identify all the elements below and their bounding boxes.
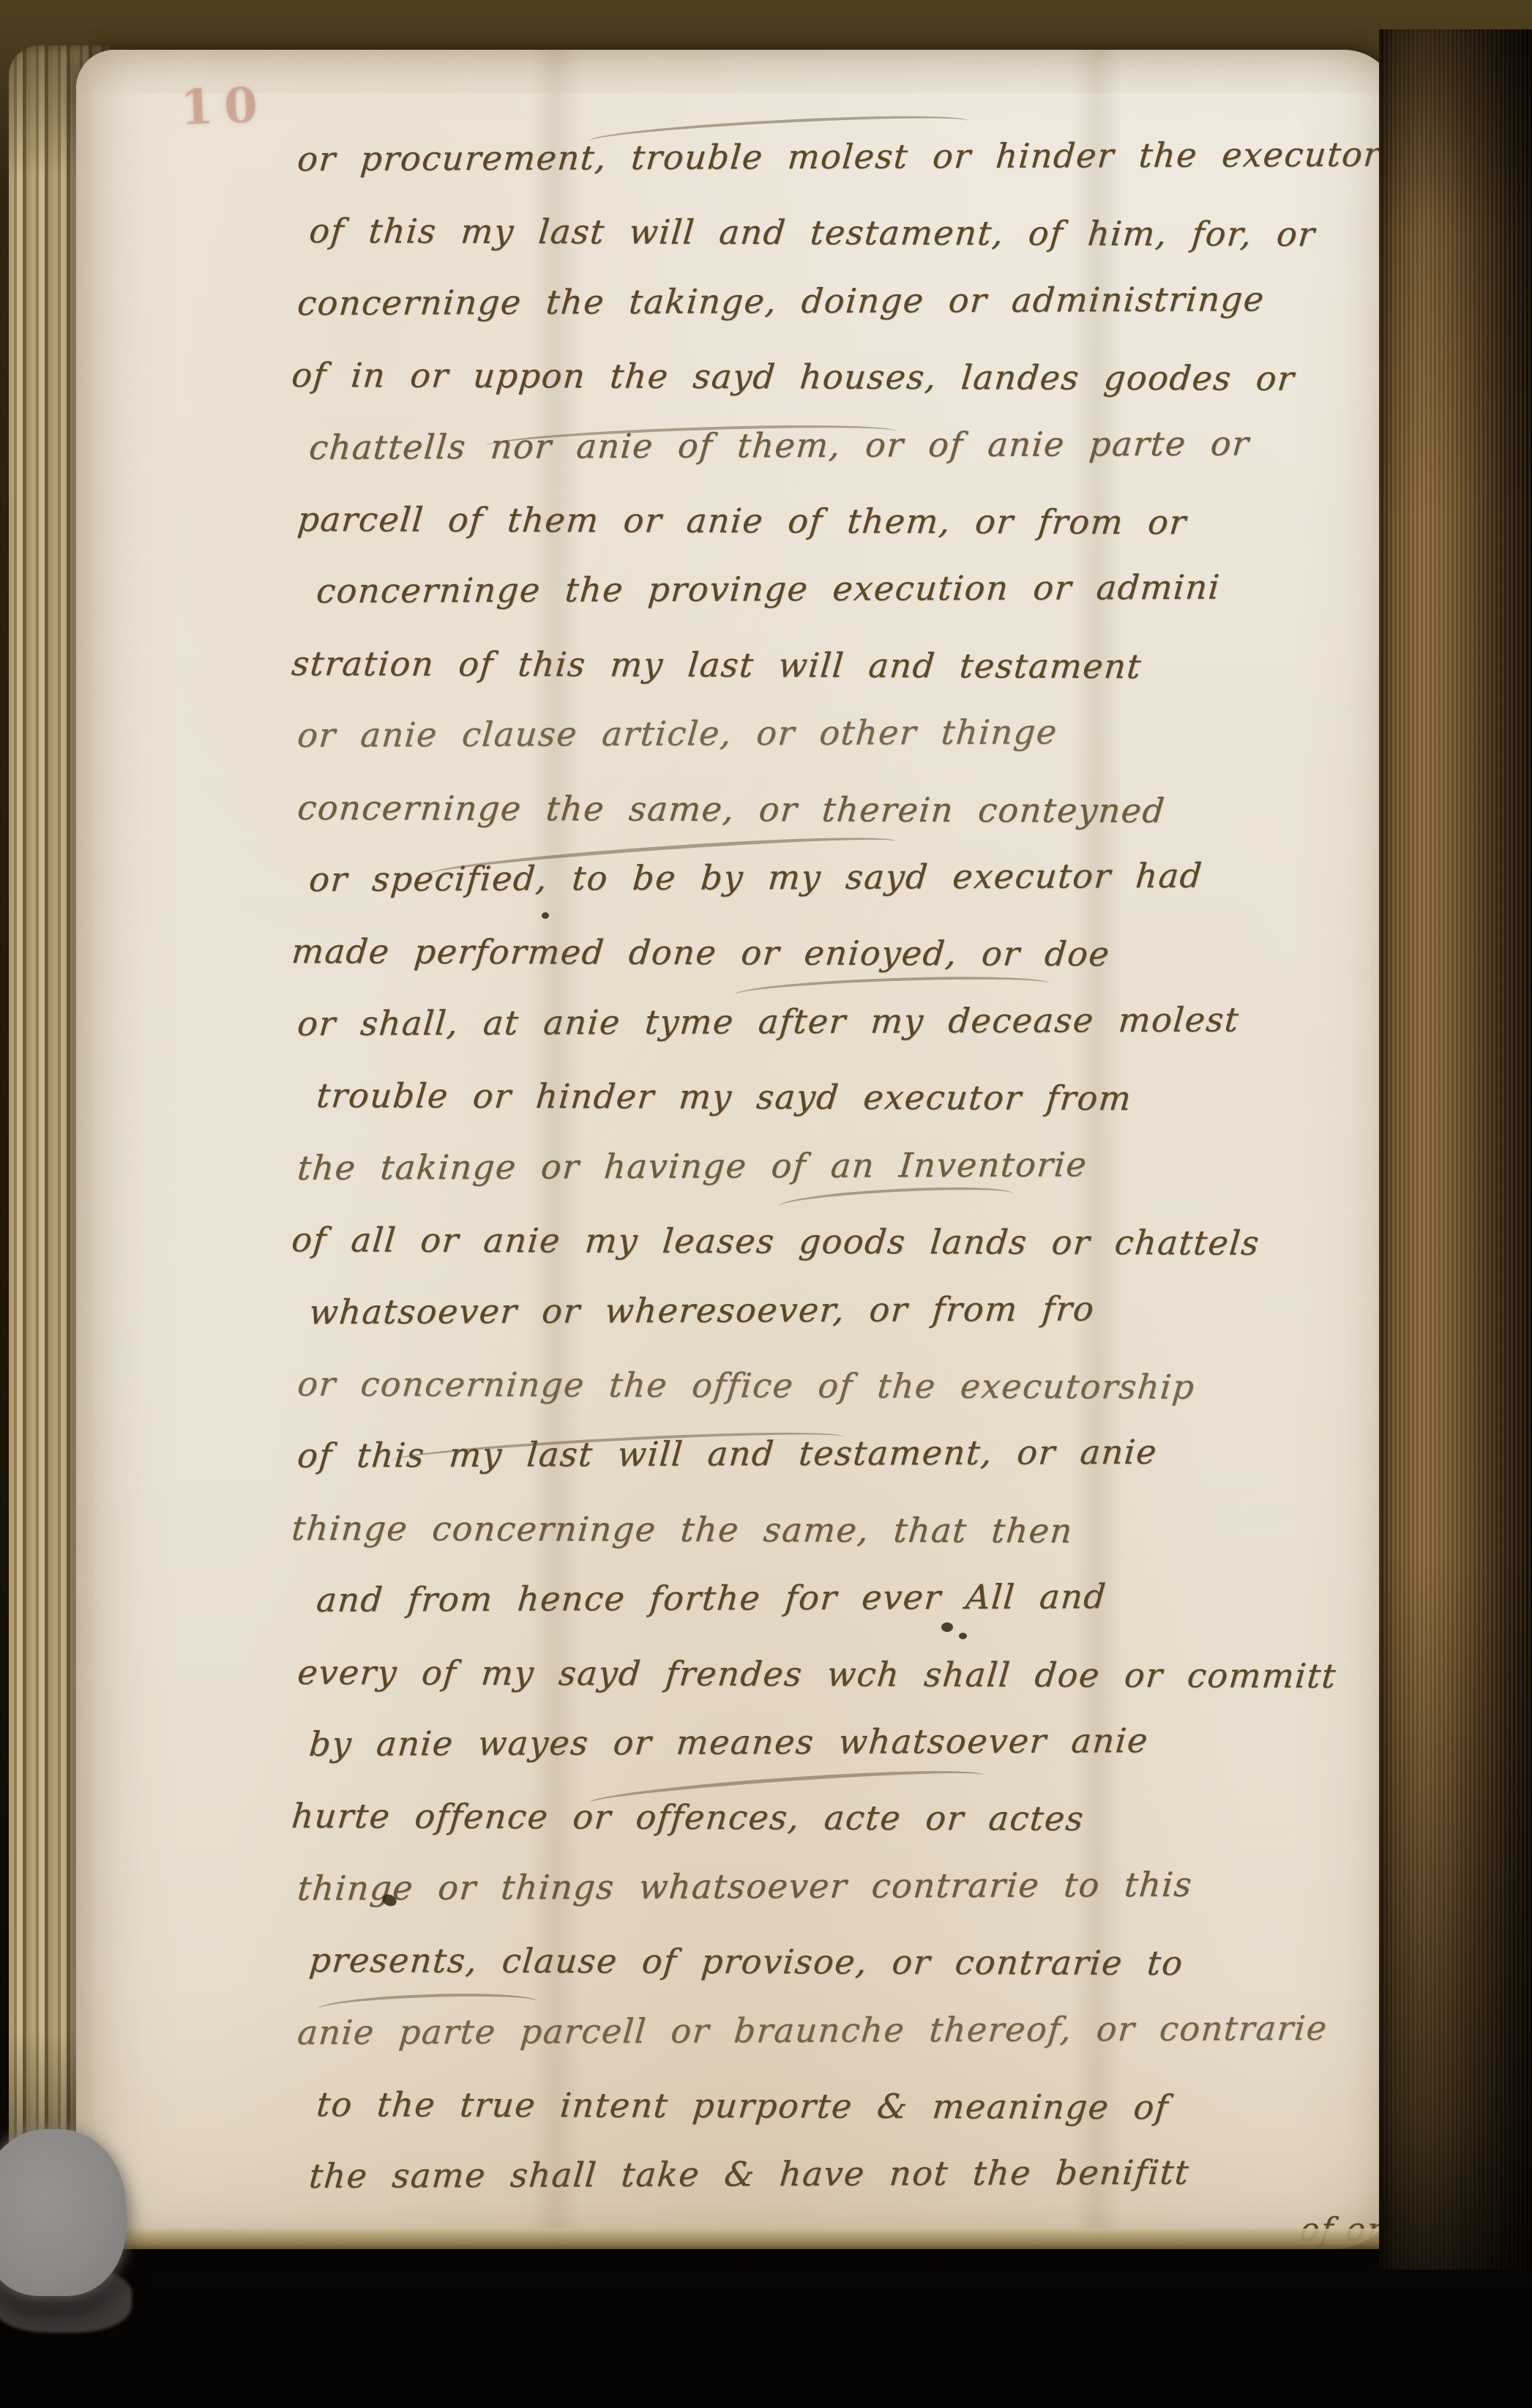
photographer-finger: [0, 2129, 126, 2296]
manuscript-line: and from hence forthe for ever All and: [313, 1559, 1457, 1636]
manuscript-line: of in or uppon the sayd houses, landes g…: [288, 339, 1457, 415]
manuscript-line: of this my last will and testament, of h…: [306, 195, 1457, 271]
manuscript-line: thinge or things whatsoever contrarie to…: [294, 1847, 1457, 1924]
manuscript-line: of all or anie my leases goods lands or …: [288, 1204, 1457, 1280]
manuscript-line: whatsoever or wheresoever, or from fro: [306, 1271, 1457, 1348]
ink-blot: [959, 1633, 967, 1639]
manuscript-line: trouble or hinder my sayd executor from: [313, 1059, 1457, 1136]
manuscript-line: every of my sayd frendes wch shall doe o…: [294, 1636, 1457, 1712]
manuscript-line: thinge concerninge the same, that then: [288, 1492, 1457, 1568]
manuscript-page: 10 or procurement, trouble molest or hin…: [76, 50, 1398, 2249]
manuscript-line: concerninge the provinge execution or ad…: [313, 551, 1457, 627]
manuscript-line: to the true intent purporte & meaninge o…: [313, 2068, 1457, 2144]
page-bottom-edge: [76, 2229, 1398, 2249]
ink-blot: [941, 1622, 953, 1632]
manuscript-line: or concerninge the office of the executo…: [294, 1348, 1457, 1424]
manuscript-line: concerninge the takinge, doinge or admin…: [294, 262, 1457, 339]
manuscript-line: presents, clause of provisoe, or contrar…: [306, 1924, 1457, 2000]
folio-page-number: 10: [179, 76, 269, 136]
manuscript-line: or anie clause article, or other thinge: [294, 694, 1457, 771]
manuscript-line: parcell of them or anie of them, or from…: [294, 483, 1457, 559]
ink-blot: [542, 912, 549, 919]
manuscript-line: stration of this my last will and testam…: [288, 627, 1457, 704]
manuscript-line: by anie wayes or meanes whatsoever anie: [306, 1703, 1457, 1780]
manuscript-line: concerninge the same, or therein conteyn…: [294, 772, 1457, 848]
manuscript-line: the same shall take & have not the benif…: [306, 2136, 1457, 2213]
photo-of-manuscript: { "page": { "number": "10", "catchword":…: [0, 0, 1532, 2408]
manuscript-line: chattells nor anie of them, or of anie p…: [306, 406, 1457, 483]
book-fore-edge-pages: [1379, 29, 1532, 2270]
